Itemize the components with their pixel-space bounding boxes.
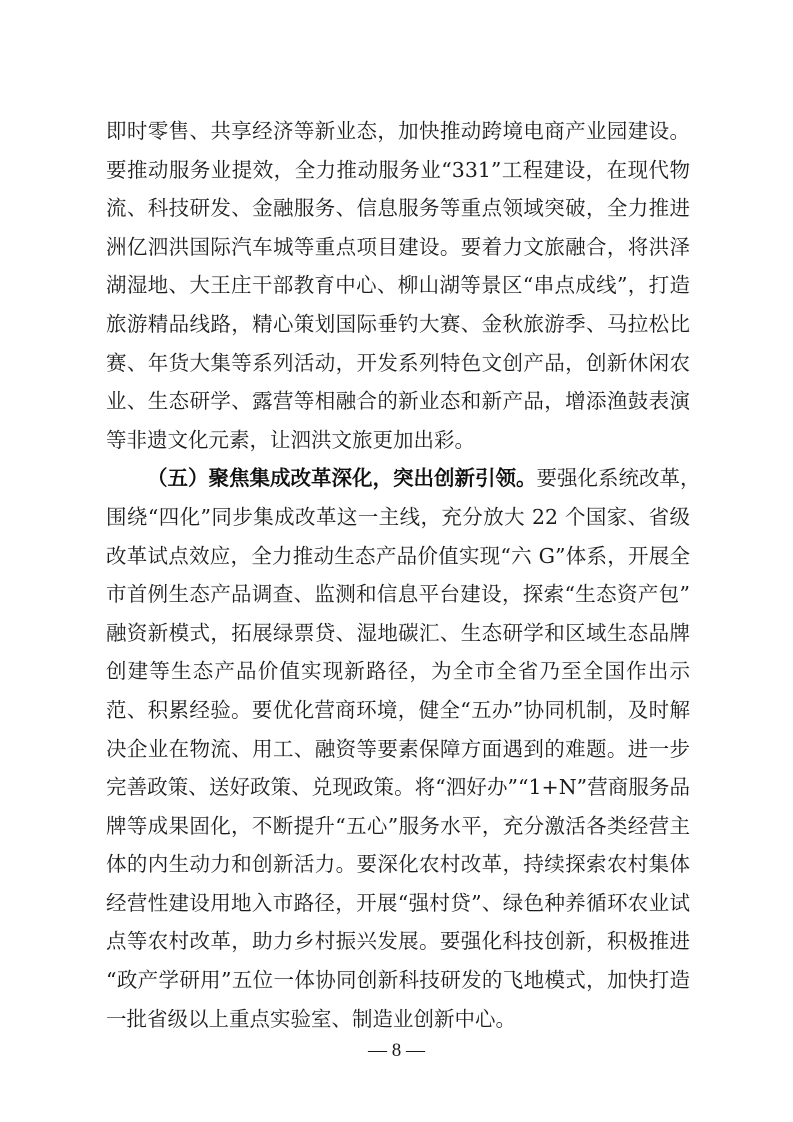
text-line: 即时零售、共享经济等新业态，加快推动跨境电商产业园建设。	[106, 112, 690, 151]
text-line: 经营性建设用地入市路径，开展“强村贷”、绿色种养循环农业试	[106, 884, 690, 923]
text-line: 流、科技研发、金融服务、信息服务等重点领域突破，全力推进	[106, 189, 690, 228]
text-line: 洲亿泗洪国际汽车城等重点项目建设。要着力文旅融合，将洪泽	[106, 228, 690, 267]
page-number: — 8 —	[0, 1040, 793, 1062]
heading-line-rest: 要强化系统改革，	[537, 466, 701, 490]
text-line: 创建等生态产品价值实现新路径，为全市全省乃至全国作出示	[106, 652, 690, 691]
section-heading-line: （五）聚焦集成改革深化，突出创新引领。要强化系统改革，	[106, 459, 690, 498]
text-line: “政产学研用”五位一体协同创新科技研发的飞地模式，加快打造	[106, 961, 690, 1000]
text-line: 要推动服务业提效，全力推动服务业“331”工程建设，在现代物	[106, 151, 690, 190]
text-line: 范、积累经验。要优化营商环境，健全“五办”协同机制，及时解	[106, 691, 690, 730]
text-line: 完善政策、送好政策、兑现政策。将“泗好办”“1+N”营商服务品	[106, 768, 690, 807]
text-line: 牌等成果固化，不断提升“五心”服务水平，充分激活各类经营主	[106, 807, 690, 846]
paragraph-section-five-reform: （五）聚焦集成改革深化，突出创新引领。要强化系统改革， 围绕“四化”同步集成改革…	[106, 459, 690, 1038]
text-line: 点等农村改革，助力乡村振兴发展。要强化科技创新，积极推进	[106, 922, 690, 961]
text-line: 湖湿地、大王庄干部教育中心、柳山湖等景区“串点成线”，打造	[106, 266, 690, 305]
text-line: 赛、年货大集等系列活动，开发系列特色文创产品，创新休闲农	[106, 344, 690, 383]
text-line: 决企业在物流、用工、融资等要素保障方面遇到的难题。进一步	[106, 730, 690, 769]
text-line: 市首例生态产品调查、监测和信息平台建设，探索“生态资产包”	[106, 575, 690, 614]
text-line: 围绕“四化”同步集成改革这一主线，充分放大 22 个国家、省级	[106, 498, 690, 537]
text-line: 业、生态研学、露营等相融合的新业态和新产品，增添渔鼓表演	[106, 382, 690, 421]
text-line: 一批省级以上重点实验室、制造业创新中心。	[106, 1000, 690, 1039]
document-page: 即时零售、共享经济等新业态，加快推动跨境电商产业园建设。 要推动服务业提效，全力…	[0, 0, 793, 1122]
section-heading: （五）聚焦集成改革深化，突出创新引领。	[147, 466, 537, 490]
text-line: 改革试点效应，全力推动生态产品价值实现“六 G”体系，开展全	[106, 537, 690, 576]
text-line: 融资新模式，拓展绿票贷、湿地碳汇、生态研学和区域生态品牌	[106, 614, 690, 653]
text-line: 体的内生动力和创新活力。要深化农村改革，持续探索农村集体	[106, 845, 690, 884]
document-body: 即时零售、共享经济等新业态，加快推动跨境电商产业园建设。 要推动服务业提效，全力…	[106, 112, 690, 1038]
text-line: 等非遗文化元素，让泗洪文旅更加出彩。	[106, 421, 690, 460]
text-line: 旅游精品线路，精心策划国际垂钓大赛、金秋旅游季、马拉松比	[106, 305, 690, 344]
paragraph-tourism-services: 即时零售、共享经济等新业态，加快推动跨境电商产业园建设。 要推动服务业提效，全力…	[106, 112, 690, 459]
